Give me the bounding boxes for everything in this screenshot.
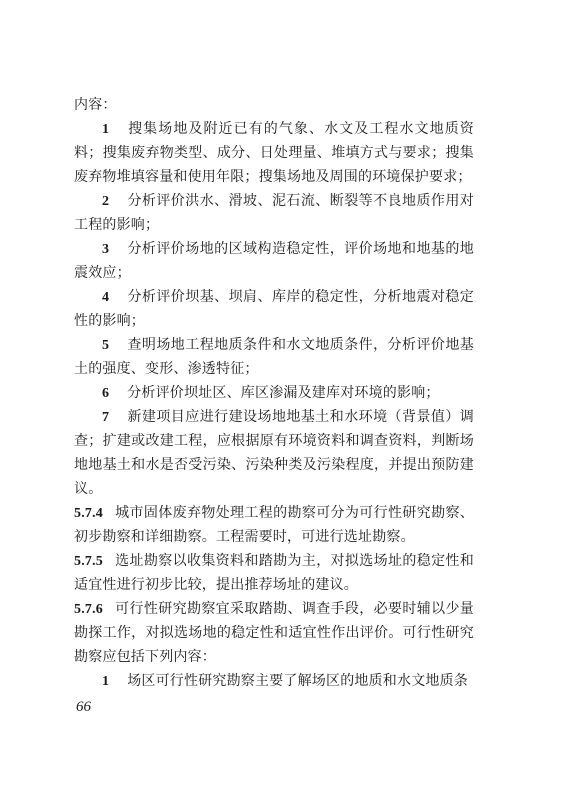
paragraph-text: 分析评价坝基、坝肩、库岸的稳定性，分析地震对稳定性的影响；	[74, 290, 474, 329]
paragraph-text: 搜集场地及附近已有的气象、水文及工程水文地质资料；搜集废弃物类型、成分、日处理量…	[74, 122, 474, 185]
numbered-item-7: 7新建项目应进行建设场地地基土和水环境（背景值）调查；扩建或改建工程，应根据原有…	[74, 406, 474, 502]
section-5-7-4: 5.7.4城市固体废弃物处理工程的勘察可分为可行性研究勘察、初步勘察和详细勘察。…	[74, 502, 474, 550]
paragraph-text: 可行性研究勘察宜采取踏勘、调查手段，必要时辅以少量勘探工作，对拟选场地的稳定性和…	[74, 602, 474, 665]
item-number: 6	[102, 386, 109, 401]
item-number: 2	[102, 194, 109, 209]
numbered-item-6: 6分析评价坝址区、库区渗漏及建库对环境的影响；	[74, 382, 474, 406]
item-number: 5	[102, 338, 109, 353]
section-number: 5.7.4	[74, 506, 103, 521]
item-number: 3	[102, 242, 109, 257]
paragraph-text: 场区可行性研究勘察主要了解场区的地质和水文地质条	[127, 674, 468, 689]
item-number: 1	[102, 122, 109, 137]
paragraph-text: 选址勘察以收集资料和踏勘为主，对拟选场址的稳定性和适宜性进行初步比较，提出推荐场…	[74, 554, 474, 593]
numbered-item-4: 4分析评价坝基、坝肩、库岸的稳定性，分析地震对稳定性的影响；	[74, 286, 474, 334]
numbered-item-3: 3分析评价场地的区域构造稳定性，评价场地和地基的地震效应；	[74, 238, 474, 286]
paragraph-continuation: 内容：	[74, 94, 474, 118]
text-block: 内容： 1搜集场地及附近已有的气象、水文及工程水文地质资料；搜集废弃物类型、成分…	[74, 94, 474, 694]
paragraph-text: 新建项目应进行建设场地地基土和水环境（背景值）调查；扩建或改建工程，应根据原有环…	[74, 410, 474, 497]
paragraph-text: 查明场地工程地质条件和水文地质条件，分析评价地基土的强度、变形、渗透特征；	[74, 338, 474, 377]
page-number: 66	[76, 699, 91, 716]
item-number: 4	[102, 290, 109, 305]
numbered-item-2: 2分析评价洪水、滑坡、泥石流、断裂等不良地质作用对工程的影响；	[74, 190, 474, 238]
paragraph-text: 城市固体废弃物处理工程的勘察可分为可行性研究勘察、初步勘察和详细勘察。工程需要时…	[74, 506, 474, 545]
paragraph-text: 分析评价坝址区、库区渗漏及建库对环境的影响；	[127, 386, 439, 401]
section-5-7-5: 5.7.5选址勘察以收集资料和踏勘为主，对拟选场址的稳定性和适宜性进行初步比较，…	[74, 550, 474, 598]
section-5-7-6: 5.7.6可行性研究勘察宜采取踏勘、调查手段，必要时辅以少量勘探工作，对拟选场地…	[74, 598, 474, 670]
paragraph-text: 分析评价场地的区域构造稳定性，评价场地和地基的地震效应；	[74, 242, 474, 281]
item-number: 7	[102, 410, 109, 425]
document-page: 内容： 1搜集场地及附近已有的气象、水文及工程水文地质资料；搜集废弃物类型、成分…	[0, 0, 561, 804]
section-number: 5.7.5	[74, 554, 103, 569]
numbered-item-576-1: 1场区可行性研究勘察主要了解场区的地质和水文地质条	[74, 670, 474, 694]
item-number: 1	[102, 674, 109, 689]
section-number: 5.7.6	[74, 602, 103, 617]
paragraph-text: 分析评价洪水、滑坡、泥石流、断裂等不良地质作用对工程的影响；	[74, 194, 474, 233]
numbered-item-1: 1搜集场地及附近已有的气象、水文及工程水文地质资料；搜集废弃物类型、成分、日处理…	[74, 118, 474, 190]
numbered-item-5: 5查明场地工程地质条件和水文地质条件，分析评价地基土的强度、变形、渗透特征；	[74, 334, 474, 382]
